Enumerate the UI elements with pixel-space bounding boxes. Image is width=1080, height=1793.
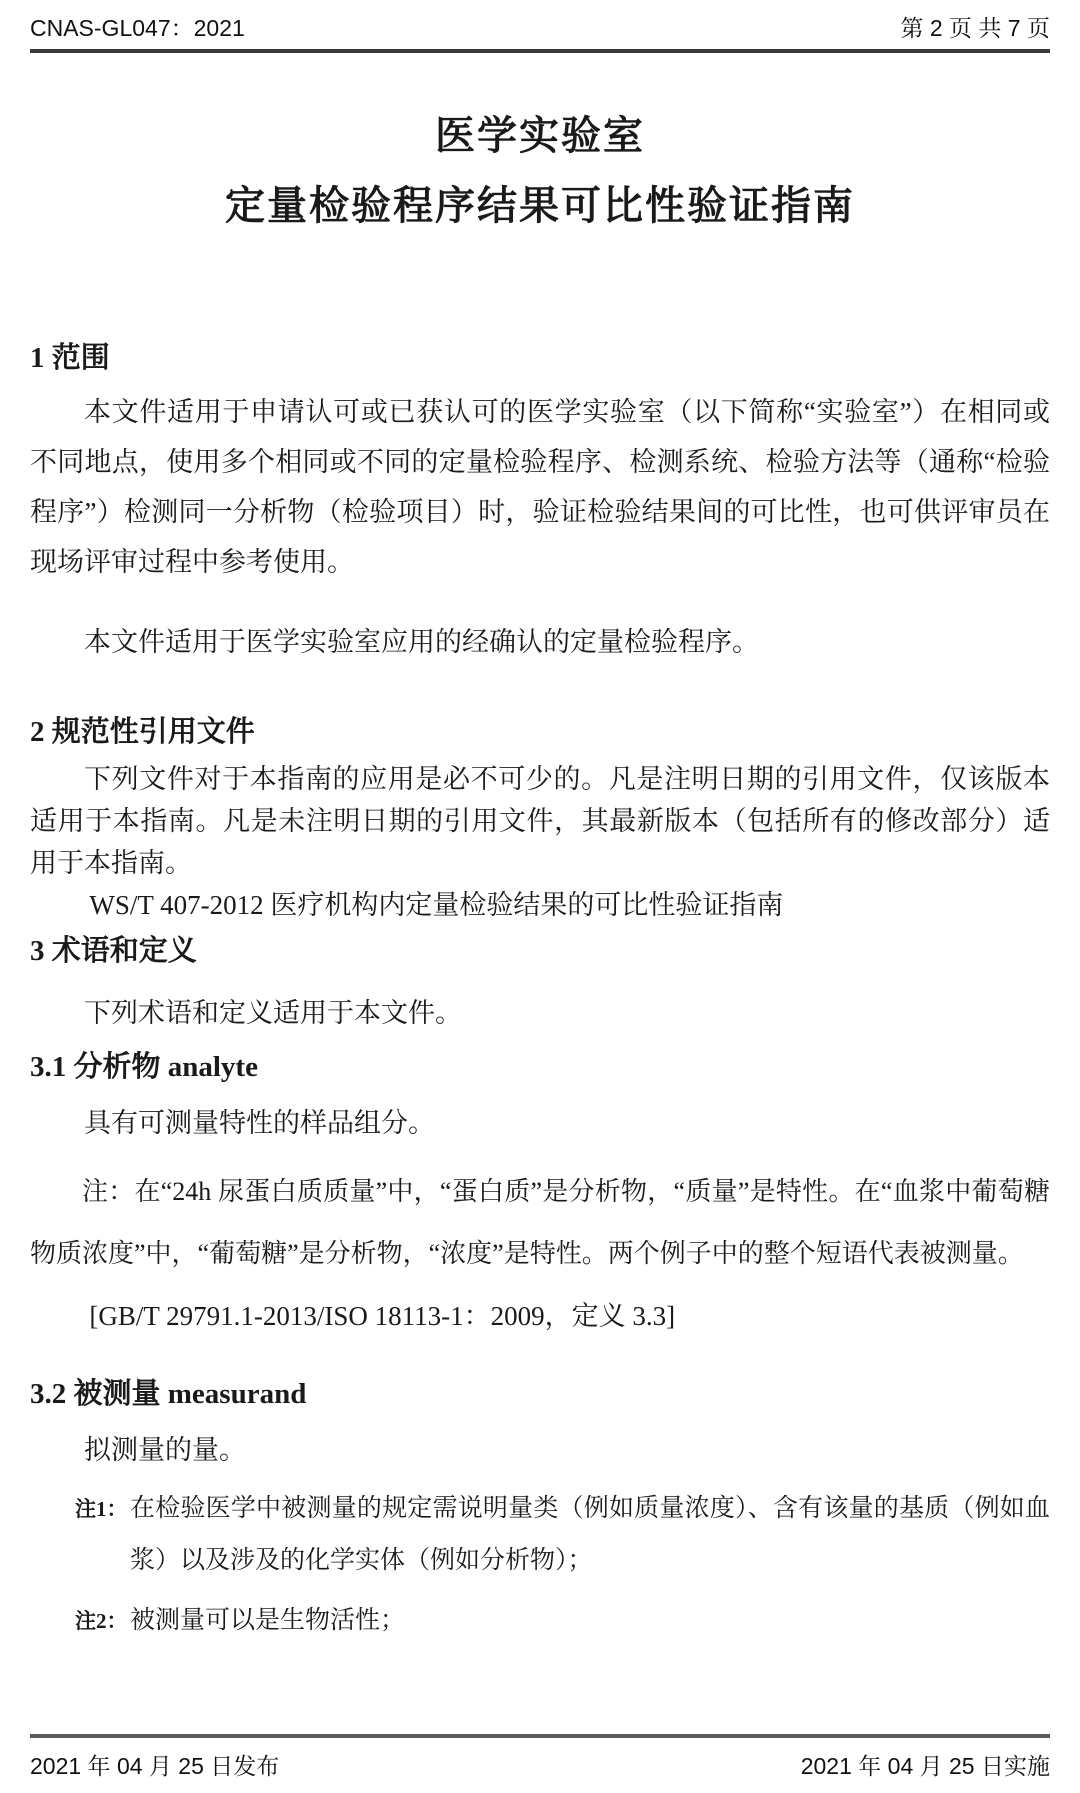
section-2-heading: 2 规范性引用文件 [30, 715, 1050, 749]
implementation-date: 2021 年 04 月 25 日实施 [801, 1748, 1050, 1781]
term-3-1-source: [GB/T 29791.1-2013/ISO 18113-1：2009，定义 3… [30, 1295, 1050, 1337]
section-3-heading: 3 术语和定义 [30, 934, 1050, 968]
term-3-2-note-2-text: 被测量可以是生物活性； [130, 1607, 405, 1634]
section-1-paragraph-1: 本文件适用于申请认可或已获认可的医学实验室（以下简称“实验室”）在相同或不同地点… [30, 387, 1050, 587]
doc-number: CNAS-GL047：2021 [30, 10, 245, 43]
term-3-1-heading: 3.1 分析物 analyte [30, 1050, 1050, 1084]
term-3-2-note-1-label: 注1： [75, 1483, 128, 1535]
term-3-2-note-2-label: 注2： [75, 1595, 128, 1647]
document-page: CNAS-GL047：2021 第 2 页 共 7 页 医学实验室 定量检验程序… [0, 0, 1080, 1793]
section-1-heading: 1 范围 [30, 341, 1050, 375]
term-3-1-definition: 具有可测量特性的样品组分。 [30, 1098, 1050, 1148]
page-footer: 2021 年 04 月 25 日发布 2021 年 04 月 25 日实施 [30, 1734, 1050, 1793]
term-3-2-heading: 3.2 被测量 measurand [30, 1377, 1050, 1411]
section-2-paragraph-1: 下列文件对于本指南的应用是必不可少的。凡是注明日期的引用文件，仅该版本适用于本指… [30, 758, 1050, 884]
term-3-2-note-2: 注2： 被测量可以是生物活性； [30, 1595, 1050, 1647]
section-1-paragraph-2: 本文件适用于医学实验室应用的经确认的定量检验程序。 [30, 617, 1050, 667]
term-3-2-definition: 拟测量的量。 [30, 1425, 1050, 1475]
section-2-reference: WS/T 407-2012 医疗机构内定量检验结果的可比性验证指南 [30, 884, 1050, 926]
term-3-1-note: 注：在“24h 尿蛋白质质量”中，“蛋白质”是分析物，“质量”是特性。在“血浆中… [30, 1161, 1050, 1285]
document-title-line2: 定量检验程序结果可比性验证指南 [30, 183, 1050, 229]
term-3-2-note-1-text: 在检验医学中被测量的规定需说明量类（例如质量浓度）、含有该量的基质（例如血浆）以… [130, 1495, 1050, 1574]
page-number-info: 第 2 页 共 7 页 [900, 10, 1050, 43]
document-title-line1: 医学实验室 [30, 113, 1050, 159]
section-3-intro: 下列术语和定义适用于本文件。 [30, 988, 1050, 1038]
term-3-2-note-1: 注1： 在检验医学中被测量的规定需说明量类（例如质量浓度）、含有该量的基质（例如… [30, 1483, 1050, 1587]
release-date: 2021 年 04 月 25 日发布 [30, 1748, 279, 1781]
page-header: CNAS-GL047：2021 第 2 页 共 7 页 [30, 0, 1050, 53]
